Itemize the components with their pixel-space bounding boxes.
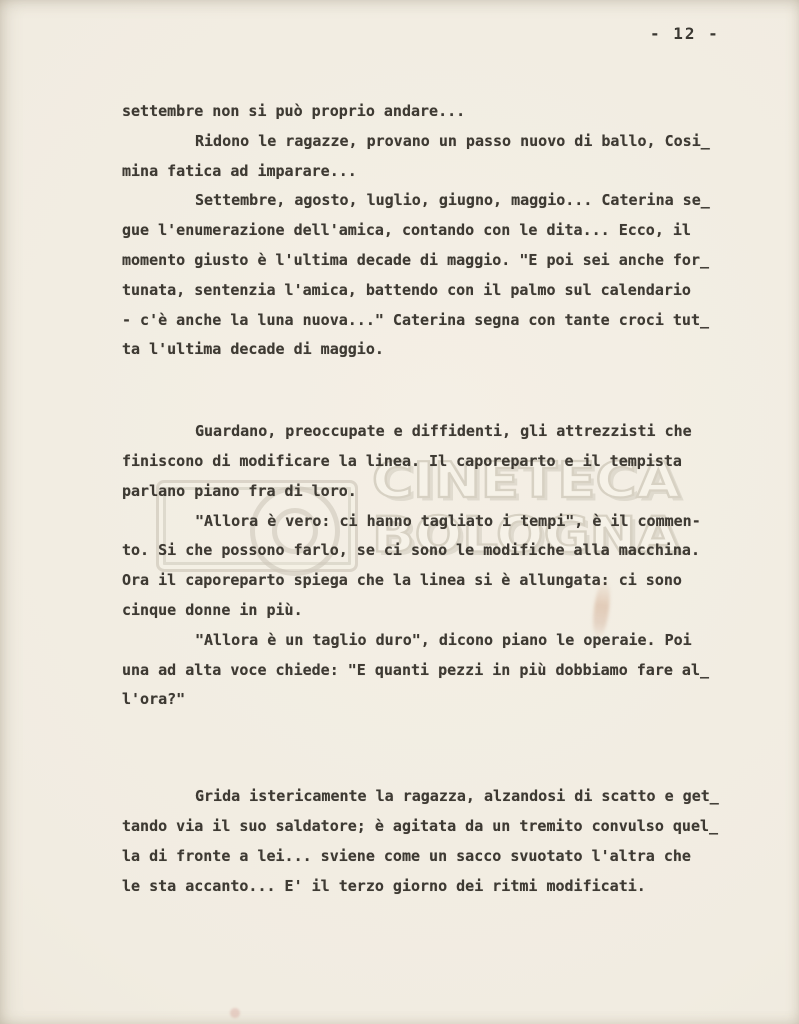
text-line: ta l'ultima decade di maggio. [122,335,762,365]
paragraph: settembre non si può proprio andare... [122,97,762,127]
text-line: settembre non si può proprio andare... [122,97,762,127]
paper-speck [230,1008,240,1018]
text-line: "Allora è un taglio duro", dicono piano … [122,626,762,656]
text-line: mina fatica ad imparare... [122,157,762,187]
text-line: tunata, sentenzia l'amica, battendo con … [122,276,762,306]
text-line: tando via il suo saldatore; è agitata da… [122,812,762,842]
typewritten-text: settembre non si può proprio andare...Ri… [122,97,762,901]
text-line: Settembre, agosto, luglio, giugno, maggi… [122,186,762,216]
text-line: l'ora?" [122,685,762,715]
text-line: cinque donne in più. [122,596,762,626]
page-number: - 12 - [650,24,720,44]
text-line: parlano piano fra di loro. [122,477,762,507]
text-line: la di fronte a lei... sviene come un sac… [122,842,762,872]
scanned-typewritten-page: - 12 - CINETECA BOLOGNA settembre non si… [0,0,799,1024]
text-line: Guardano, preoccupate e diffidenti, gli … [122,417,762,447]
paragraph: Settembre, agosto, luglio, giugno, maggi… [122,186,762,365]
paragraph: Guardano, preoccupate e diffidenti, gli … [122,417,762,506]
paragraph: "Allora è un taglio duro", dicono piano … [122,626,762,715]
text-line: le sta accanto... E' il terzo giorno dei… [122,872,762,902]
text-line: una ad alta voce chiede: "E quanti pezzi… [122,656,762,686]
text-line: Ridono le ragazze, provano un passo nuov… [122,127,762,157]
text-line: momento giusto è l'ultima decade di magg… [122,246,762,276]
text-line: finiscono di modificare la linea. Il cap… [122,447,762,477]
paragraph: Ridono le ragazze, provano un passo nuov… [122,127,762,187]
text-line: gue l'enumerazione dell'amica, contando … [122,216,762,246]
text-line: "Allora è vero: ci hanno tagliato i temp… [122,507,762,537]
text-line: to. Si che possono farlo, se ci sono le … [122,536,762,566]
paragraph: Grida istericamente la ragazza, alzandos… [122,782,762,901]
text-line: Ora il caporeparto spiega che la linea s… [122,566,762,596]
text-line: - c'è anche la luna nuova..." Caterina s… [122,306,762,336]
paragraph: "Allora è vero: ci hanno tagliato i temp… [122,507,762,626]
text-line: Grida istericamente la ragazza, alzandos… [122,782,762,812]
